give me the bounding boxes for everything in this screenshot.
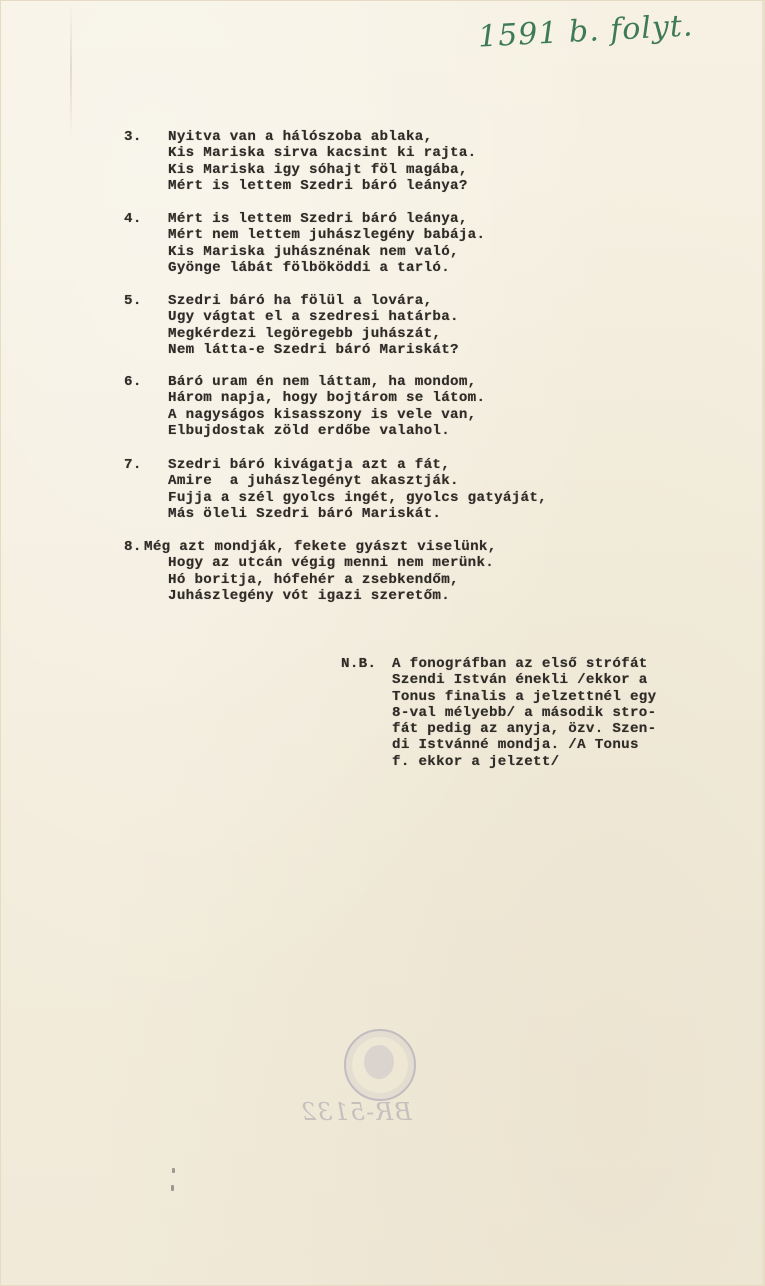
stanza-line: Mért is lettem Szedri báró leánya, <box>168 211 485 227</box>
document-page: 1591 b. folyt. 3. Nyitva van a hálószoba… <box>0 0 765 1286</box>
stanza-line: Kis Mariska juhásznénak nem való, <box>168 244 485 260</box>
note-line: Tonus finalis a jelzettnél egy <box>392 689 656 705</box>
stanza-5: 5. Szedri báró ha fölül a lovára, Ugy vá… <box>124 293 459 358</box>
stanza-6: 6. Báró uram én nem láttam, ha mondom, H… <box>124 374 485 439</box>
stanza-line: Kis Mariska sirva kacsint ki rajta. <box>168 145 477 161</box>
note-line: 8-val mélyebb/ a második stro- <box>392 705 656 721</box>
stanza-line: Más öleli Szedri báró Mariskát. <box>168 506 547 522</box>
note-line: A fonográfban az első strófát <box>392 656 656 672</box>
stanza-line: Fujja a szél gyolcs ingét, gyolcs gatyáj… <box>168 490 547 506</box>
stanza-line: Kis Mariska igy sóhajt föl magába, <box>168 162 477 178</box>
stanza-line: Mért nem lettem juhászlegény babája. <box>168 227 485 243</box>
nota-bene-note: N.B. A fonográfban az első strófát Szend… <box>341 656 656 770</box>
stanza-line: Három napja, hogy bojtárom se látom. <box>168 390 485 406</box>
stanza-line: Amire a juhászlegényt akasztják. <box>168 473 547 489</box>
stanza-line: Elbujdostak zöld erdőbe valahol. <box>168 423 485 439</box>
stanza-line: Hogy az utcán végig menni nem merünk. <box>144 555 497 571</box>
stanza-number: 3. <box>124 129 164 145</box>
stanza-line: Hó boritja, hófehér a zsebkendőm, <box>144 572 497 588</box>
note-line: f. ekkor a jelzett/ <box>392 754 656 770</box>
stanza-number: 4. <box>124 211 164 227</box>
stamp-emblem <box>364 1045 394 1079</box>
note-line: di Istvánné mondja. /A Tonus <box>392 737 656 753</box>
stanza-line: Nyitva van a hálószoba ablaka, <box>168 129 477 145</box>
reverse-side-showthrough: BR-5132 <box>300 1098 412 1126</box>
stanza-4: 4. Mért is lettem Szedri báró leánya, Mé… <box>124 211 485 276</box>
stanza-7: 7. Szedri báró kivágatja azt a fát, Amir… <box>124 457 547 522</box>
stanza-line: Gyönge lábát fölbököddi a tarló. <box>168 260 485 276</box>
paper-speck <box>171 1185 174 1191</box>
paper-speck <box>172 1168 175 1173</box>
stanza-line: Báró uram én nem láttam, ha mondom, <box>168 374 485 390</box>
stanza-line: Megkérdezi legöregebb juhászát, <box>168 326 459 342</box>
stanza-3: 3. Nyitva van a hálószoba ablaka, Kis Ma… <box>124 129 477 194</box>
stanza-line: Szedri báró kivágatja azt a fát, <box>168 457 547 473</box>
stanza-line: Juhászlegény vót igazi szeretőm. <box>144 588 497 604</box>
paper-fold-mark <box>70 0 72 140</box>
stanza-line: Még azt mondják, fekete gyászt viselünk, <box>144 539 497 555</box>
stanza-line: Nem látta-e Szedri báró Mariskát? <box>168 342 459 358</box>
stanza-line: Szedri báró ha fölül a lovára, <box>168 293 459 309</box>
stanza-line: Mért is lettem Szedri báró leánya? <box>168 178 477 194</box>
handwritten-reference-number: 1591 b. folyt. <box>477 8 694 54</box>
stanza-number: 5. <box>124 293 164 309</box>
stanza-number: 6. <box>124 374 164 390</box>
stanza-number: 8. <box>124 539 164 555</box>
library-stamp-icon <box>344 1029 416 1101</box>
note-line: fát pedig az anyja, özv. Szen- <box>392 721 656 737</box>
note-line: Szendi István énekli /ekkor a <box>392 672 656 688</box>
stanza-line: A nagyságos kisasszony is vele van, <box>168 407 485 423</box>
stanza-number: 7. <box>124 457 164 473</box>
stanza-8: 8. Még azt mondják, fekete gyászt viselü… <box>124 539 497 604</box>
note-label: N.B. <box>341 656 376 672</box>
stanza-line: Ugy vágtat el a szedresi határba. <box>168 309 459 325</box>
